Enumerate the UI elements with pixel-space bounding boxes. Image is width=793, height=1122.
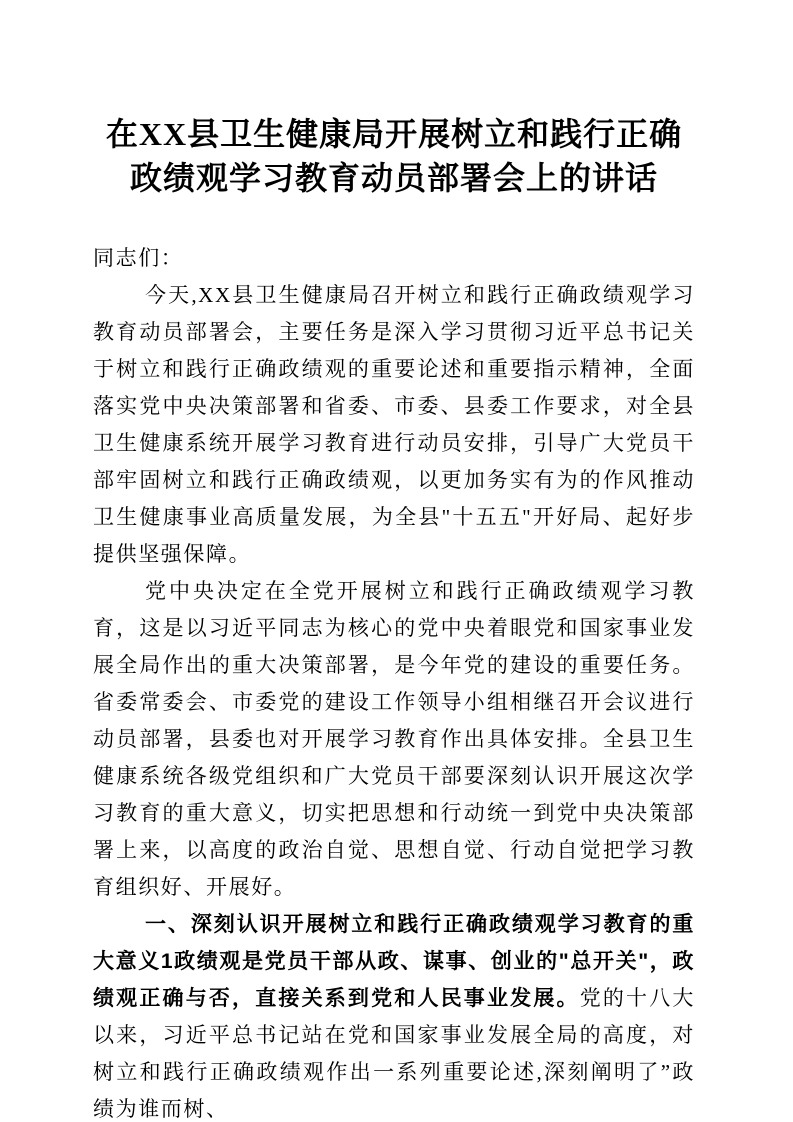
paragraph-1: 今天,XX县卫生健康局召开树立和践行正确政绩观学习教育动员部署会，主要任务是深入… [93,277,695,573]
salutation: 同志们： [93,240,695,277]
document-page: 在XX县卫生健康局开展树立和践行正确 政绩观学习教育动员部署会上的讲话 同志们：… [0,0,793,1122]
document-title-line1: 在XX县卫生健康局开展树立和践行正确 [93,112,695,156]
paragraph-3: 一、深刻认识开展树立和践行正确政绩观学习教育的重大意义1政绩观是党员干部从政、谋… [93,906,695,1122]
document-title-line2: 政绩观学习教育动员部署会上的讲话 [93,156,695,200]
document-title: 在XX县卫生健康局开展树立和践行正确 政绩观学习教育动员部署会上的讲话 [93,112,695,200]
paragraph-2: 党中央决定在全党开展树立和践行正确政绩观学习教育，这是以习近平同志为核心的党中央… [93,573,695,906]
